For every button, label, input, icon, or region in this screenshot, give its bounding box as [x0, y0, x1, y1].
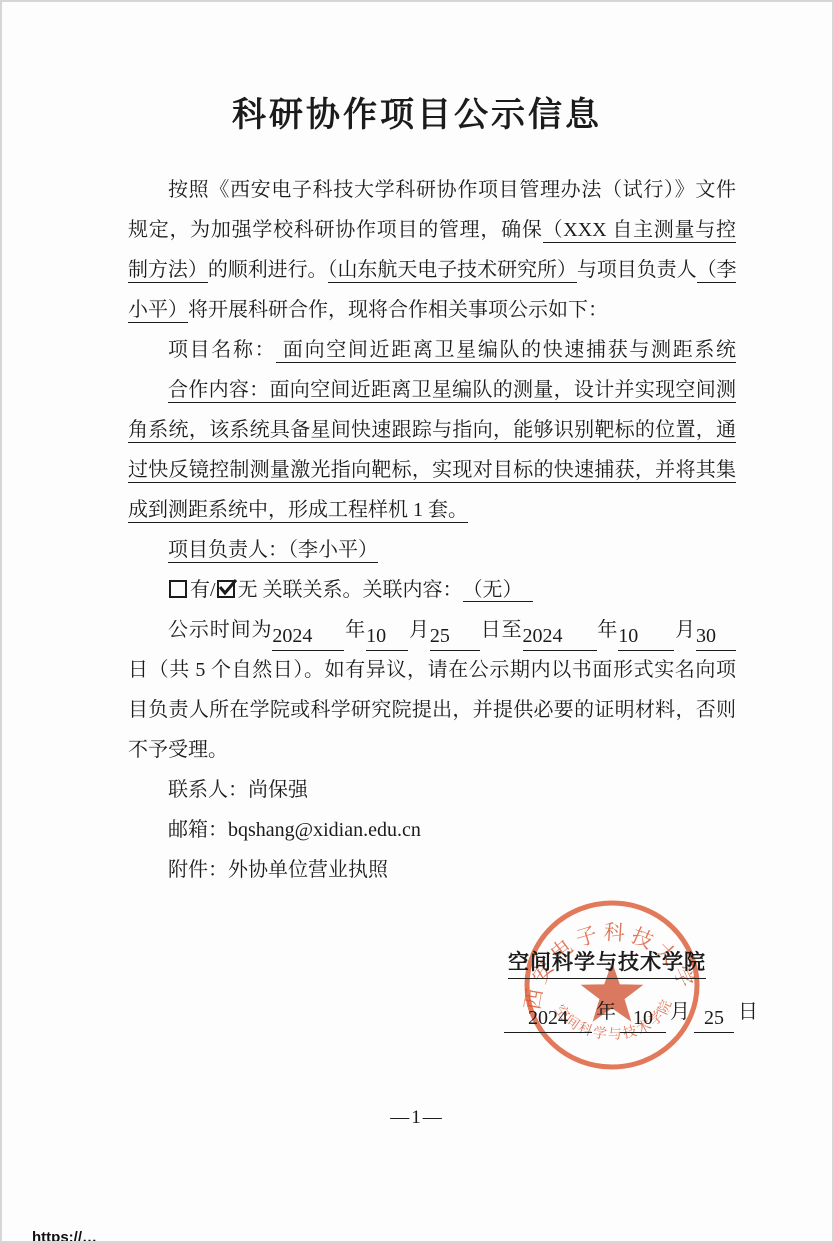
underlined-text: 成到测距系统中，形成工程样机 1 套。	[128, 499, 468, 523]
unit-year: 年	[592, 1001, 620, 1023]
check-icon	[220, 580, 236, 593]
body-line-cooperation-3: 过快反镜控制测量激光指向靶标，实现对目标的快速捕获，并将其集	[128, 450, 736, 490]
body-line-4: 小平）将开展科研合作，现将合作相关事项公示如下：	[128, 290, 736, 330]
body-line-15: 不予受理。	[128, 730, 736, 770]
underlined-text: （XXX 自主测量与控	[543, 219, 736, 243]
body-text: 的顺利进行。	[208, 259, 328, 281]
body-line-project-name: 项目名称： 面向空间近距离卫星编队的快速捕获与测距系统	[128, 330, 736, 370]
body-line-cooperation-4: 成到测距系统中，形成工程样机 1 套。	[128, 490, 736, 530]
body-text: 目负责人所在学院或科学研究院提出，并提供必要的证明材料，否则	[128, 699, 736, 721]
unit-day: 日	[734, 1001, 762, 1023]
underlined-text: 合作内容：面向空间近距离卫星编队的测量，设计并实现空间测	[168, 379, 736, 403]
email-value: bqshang@xidian.edu.cn	[228, 819, 421, 841]
unit-month: 月	[666, 1001, 694, 1023]
body-line-publicity-time: 公示时间为2024年10月25日至2024年10月30	[128, 610, 736, 650]
signature-org: 空间科学与技术学院	[508, 946, 706, 979]
underlined-text: 小平）	[128, 299, 188, 323]
document-body: 按照《西安电子科技大学科研协作项目管理办法（试行）》文件 规定，为加强学校科研协…	[128, 170, 736, 890]
checkbox-unchecked-icon	[169, 580, 187, 598]
body-line-email: 邮箱：bqshang@xidian.edu.cn	[128, 810, 736, 850]
body-line-14: 目负责人所在学院或科学研究院提出，并提供必要的证明材料，否则	[128, 690, 736, 730]
scanned-document-page: 科研协作项目公示信息 按照《西安电子科技大学科研协作项目管理办法（试行）》文件 …	[0, 0, 834, 1243]
official-seal: 西安电子科技大学 空间科学与技术学院	[520, 898, 704, 1074]
publicity-prefix: 公示时间为	[168, 619, 272, 641]
signature-day-value: 25	[694, 1002, 734, 1033]
underlined-text: （山东航天电子技术研究所）	[328, 259, 577, 283]
start-year-value: 2024	[272, 620, 344, 651]
unit-year: 年	[344, 619, 366, 641]
start-month-value: 10	[366, 620, 408, 651]
signature-date: 2024年10月25日	[504, 994, 762, 1033]
unit-year: 年	[597, 619, 619, 641]
body-line-cooperation-2: 角系统，该系统具备星间快速跟踪与指向，能够识别靶标的位置，通	[128, 410, 736, 450]
project-leader-value: 项目负责人：（李小平）	[168, 539, 378, 563]
relation-has-label: 有/	[190, 579, 216, 601]
page-number: —1—	[2, 1107, 832, 1129]
body-line-contact: 联系人：尚保强	[128, 770, 736, 810]
body-line-cooperation-1: 合作内容：面向空间近距离卫星编队的测量，设计并实现空间测	[128, 370, 736, 410]
underlined-text: 过快反镜控制测量激光指向靶标，实现对目标的快速捕获，并将其集	[128, 459, 736, 483]
body-text: 将开展科研合作，现将合作相关事项公示如下：	[188, 299, 608, 321]
email-label: 邮箱：	[168, 819, 228, 841]
unit-month: 月	[674, 619, 696, 641]
body-line-13: 日（共 5 个自然日）。如有异议，请在公示期内以书面形式实名向项	[128, 650, 736, 690]
clipped-url-text: https://…	[32, 1229, 97, 1243]
body-text: 按照《西安电子科技大学科研协作项目管理办法（试行）》文件	[168, 179, 736, 201]
signature-month-value: 10	[620, 1002, 666, 1033]
relation-text: 关联关系。关联内容：	[258, 579, 463, 601]
project-name-value: 面向空间近距离卫星编队的快速捕获与测距系统	[276, 339, 736, 363]
relation-none-label: 无	[238, 579, 258, 601]
relation-content-value: （无）	[463, 579, 533, 602]
body-text: 与项目负责人	[577, 259, 697, 281]
end-day-value: 30	[696, 620, 736, 651]
unit-month: 月	[408, 619, 430, 641]
project-name-label: 项目名称：	[168, 339, 276, 361]
document-title: 科研协作项目公示信息	[2, 92, 832, 138]
body-text: 日（共 5 个自然日）。如有异议，请在公示期内以书面形式实名向项	[128, 659, 736, 681]
underlined-text: 角系统，该系统具备星间快速跟踪与指向，能够识别靶标的位置，通	[128, 419, 736, 443]
body-line-2: 规定，为加强学校科研协作项目的管理，确保（XXX 自主测量与控	[128, 210, 736, 250]
signature-year-value: 2024	[504, 1002, 592, 1033]
checkbox-checked-icon	[217, 580, 235, 598]
body-text: 不予受理。	[128, 739, 228, 761]
body-line-relation: 有/无 关联关系。关联内容：（无）	[128, 570, 736, 610]
start-day-value: 25	[430, 620, 480, 651]
contact-person: 联系人：尚保强	[168, 779, 308, 801]
end-month-value: 10	[618, 620, 674, 651]
underlined-text: （李	[697, 259, 736, 283]
underlined-text: 制方法）	[128, 259, 208, 283]
unit-day-to: 日至	[480, 619, 523, 641]
body-line-attachment: 附件：外协单位营业执照	[128, 850, 736, 890]
attachment-text: 附件：外协单位营业执照	[168, 859, 388, 881]
body-line-3: 制方法）的顺利进行。（山东航天电子技术研究所）与项目负责人（李	[128, 250, 736, 290]
body-text: 规定，为加强学校科研协作项目的管理，确保	[128, 219, 543, 241]
body-line-leader: 项目负责人：（李小平）	[128, 530, 736, 570]
body-line-1: 按照《西安电子科技大学科研协作项目管理办法（试行）》文件	[128, 170, 736, 210]
end-year-value: 2024	[523, 620, 597, 651]
